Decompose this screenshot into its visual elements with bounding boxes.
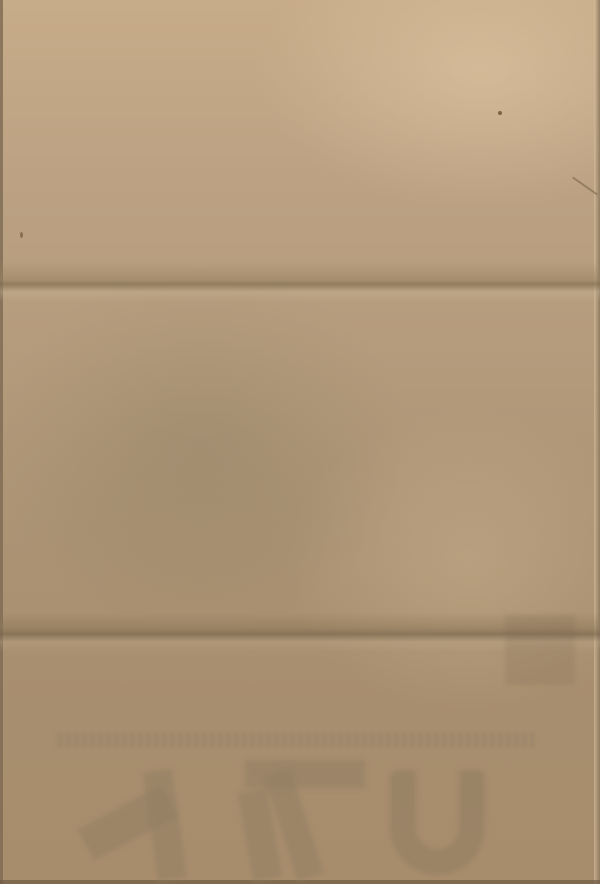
paper-left-edge xyxy=(0,0,3,884)
paper-speck xyxy=(498,111,502,115)
upper-fold-crease xyxy=(0,262,600,302)
paper-right-edge xyxy=(594,0,600,884)
mirrored-title-glyph-stroke xyxy=(142,768,187,881)
mirrored-title-glyph-stroke xyxy=(245,760,365,788)
stamp-bleed-through xyxy=(505,615,575,685)
poster-back-paper xyxy=(0,0,600,884)
mirrored-text-line-bleed-through xyxy=(55,733,535,747)
paper-speck xyxy=(20,232,23,238)
mirrored-title-glyph-u-shape xyxy=(390,770,485,875)
